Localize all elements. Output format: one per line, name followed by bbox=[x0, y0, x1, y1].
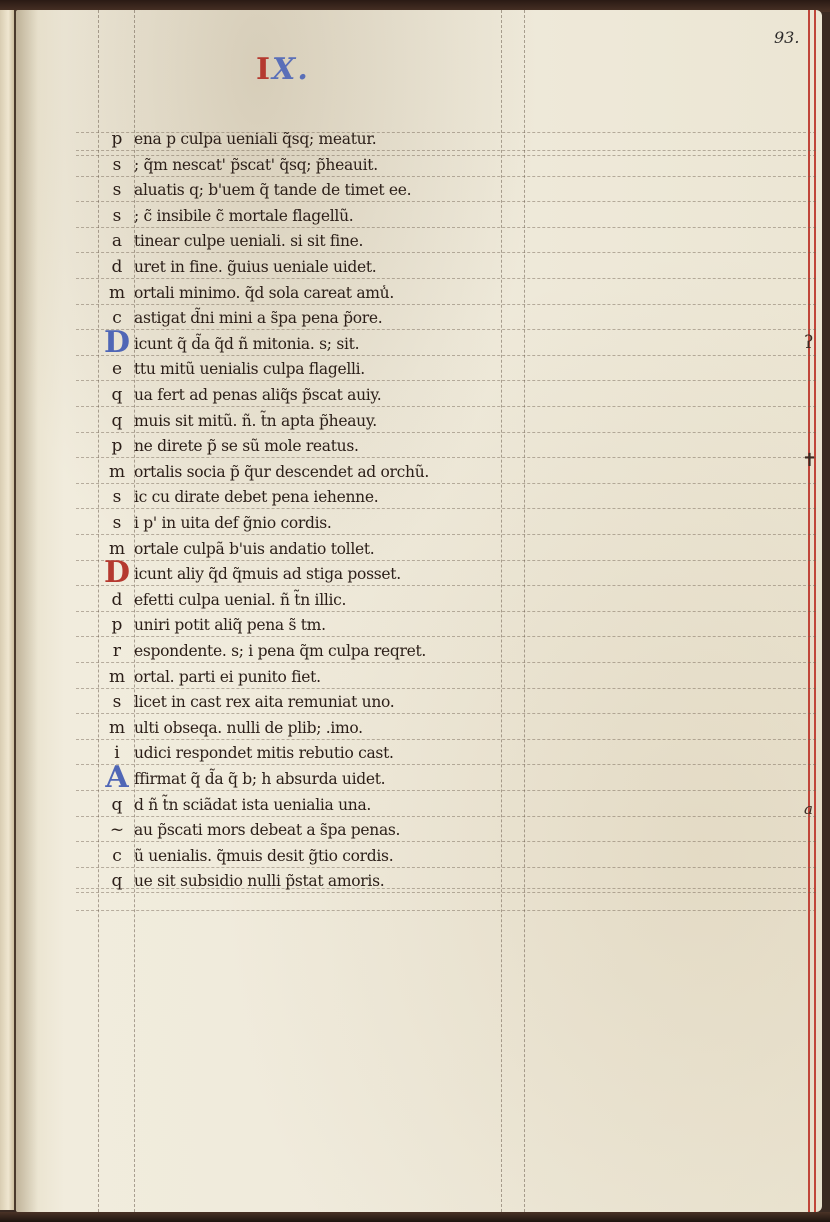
verse-line: mortal. parti ei punito fiet. bbox=[16, 666, 516, 688]
verse-line: s; q̃m nescat' p̃scat' q̃sq; p̃heauit. bbox=[16, 154, 516, 176]
verse-line: ~au p̃scati mors debeat a s̃pa penas. bbox=[16, 819, 516, 841]
line-ruling bbox=[76, 457, 816, 458]
hook-mark-icon: ʔ bbox=[804, 332, 814, 353]
verse-line: mortalis socia p̃ q̃ur descendet ad orch… bbox=[16, 461, 516, 483]
verse-text: ortal. parti ei punito fiet. bbox=[134, 668, 321, 686]
verse-text: uret in fine. g̃uius ueniale uidet. bbox=[134, 258, 376, 276]
verse-text: ; q̃m nescat' p̃scat' q̃sq; p̃heauit. bbox=[134, 156, 378, 174]
guide-letter: p bbox=[100, 129, 134, 149]
verse-text: efetti culpa uenial. ñ t̃n illic. bbox=[134, 591, 346, 609]
line-ruling bbox=[76, 739, 816, 740]
verse-line: Dicunt q̃ d̃a q̃d ñ mitonia. s; sit. bbox=[16, 333, 516, 355]
line-ruling bbox=[76, 892, 816, 893]
verse-text: ne direte p̃ se sũ mole reatus. bbox=[134, 437, 359, 455]
verse-text: ua fert ad penas aliq̃s p̃scat auiy. bbox=[134, 386, 381, 404]
folio-number: 93. bbox=[774, 28, 799, 47]
line-ruling bbox=[76, 713, 816, 714]
chapter-rubric: IX. bbox=[256, 52, 310, 87]
verse-line: qmuis sit mitũ. ñ. t̃n apta p̃heauy. bbox=[16, 410, 516, 432]
verse-line: mortale culpã b'uis andatio tollet. bbox=[16, 538, 516, 560]
line-ruling bbox=[76, 636, 816, 637]
verse-line: atinear culpe ueniali. si sit fine. bbox=[16, 230, 516, 252]
verse-text: d ñ t̃n sciãdat ista uenialia una. bbox=[134, 796, 371, 814]
verse-text: au p̃scati mors debeat a s̃pa penas. bbox=[134, 821, 400, 839]
guide-letter: s bbox=[100, 180, 134, 200]
verse-text: ic cu dirate debet pena iehenne. bbox=[134, 488, 378, 506]
line-ruling bbox=[76, 841, 816, 842]
verse-line: iudici respondet mitis rebutio cast. bbox=[16, 742, 516, 764]
manuscript-page: 93. IX. pena p culpa ueniali q̃sq; meatu… bbox=[16, 10, 822, 1212]
verse-text: uniri potit aliq̃ pena s̃ tm. bbox=[134, 616, 326, 634]
line-ruling bbox=[76, 483, 816, 484]
verse-text: licet in cast rex aita remuniat uno. bbox=[134, 693, 394, 711]
previous-leaf-edge bbox=[0, 10, 16, 1210]
verse-text: muis sit mitũ. ñ. t̃n apta p̃heauy. bbox=[134, 412, 377, 430]
guide-letter: q bbox=[100, 411, 134, 431]
guide-letter: p bbox=[100, 436, 134, 456]
verse-line: duret in fine. g̃uius ueniale uidet. bbox=[16, 256, 516, 278]
verse-text: ulti obseqa. nulli de plib; .imo. bbox=[134, 719, 363, 737]
line-ruling bbox=[76, 560, 816, 561]
verse-line: Dicunt aliy q̃d q̃muis ad stiga posset. bbox=[16, 563, 516, 585]
verse-line: pena p culpa ueniali q̃sq; meatur. bbox=[16, 128, 516, 150]
binding-bottom-edge bbox=[0, 1212, 830, 1222]
line-ruling bbox=[76, 611, 816, 612]
verse-text: udici respondet mitis rebutio cast. bbox=[134, 744, 394, 762]
guide-letter: s bbox=[100, 487, 134, 507]
line-ruling bbox=[76, 534, 816, 535]
line-ruling bbox=[76, 227, 816, 228]
guide-letter: e bbox=[100, 359, 134, 379]
line-ruling bbox=[76, 304, 816, 305]
line-ruling bbox=[76, 816, 816, 817]
guide-letter: c bbox=[100, 846, 134, 866]
line-ruling bbox=[76, 329, 816, 330]
guide-letter: m bbox=[100, 283, 134, 303]
guide-letter: m bbox=[100, 667, 134, 687]
line-ruling bbox=[76, 150, 816, 151]
verse-text: ; c̃ insibile c̃ mortale flagellũ. bbox=[134, 207, 353, 225]
guide-letter: q bbox=[100, 385, 134, 405]
verse-line: multi obseqa. nulli de plib; .imo. bbox=[16, 717, 516, 739]
line-ruling bbox=[76, 867, 816, 868]
verse-line: sic cu dirate debet pena iehenne. bbox=[16, 486, 516, 508]
guide-letter: m bbox=[100, 718, 134, 738]
verse-line: s; c̃ insibile c̃ mortale flagellũ. bbox=[16, 205, 516, 227]
verse-line: qua fert ad penas aliq̃s p̃scat auiy. bbox=[16, 384, 516, 406]
guide-letter: q bbox=[100, 795, 134, 815]
verse-text: aluatis q; b'uem q̃ tande de timet ee. bbox=[134, 181, 411, 199]
verse-text: ena p culpa ueniali q̃sq; meatur. bbox=[134, 130, 376, 148]
verse-text: ue sit subsidio nulli p̃stat amoris. bbox=[134, 872, 384, 890]
verse-text: ffirmat q̃ d̃a q̃ b; h absurda uidet. bbox=[134, 770, 385, 788]
guide-letter: a bbox=[100, 231, 134, 251]
guide-letter: s bbox=[100, 155, 134, 175]
line-ruling bbox=[76, 201, 816, 202]
verse-text: ortalis socia p̃ q̃ur descendet ad orchũ… bbox=[134, 463, 429, 481]
line-ruling bbox=[76, 662, 816, 663]
verse-text: icunt aliy q̃d q̃muis ad stiga posset. bbox=[134, 565, 401, 583]
guide-letter: p bbox=[100, 615, 134, 635]
line-ruling bbox=[76, 764, 816, 765]
verse-line: slicet in cast rex aita remuniat uno. bbox=[16, 691, 516, 713]
cross-mark-icon: ✝ bbox=[802, 450, 817, 471]
rubric-blue-numeral: X. bbox=[272, 52, 310, 87]
line-ruling bbox=[76, 406, 816, 407]
verse-text: ortale culpã b'uis andatio tollet. bbox=[134, 540, 374, 558]
guide-letter: d bbox=[100, 590, 134, 610]
verse-text: ttu mitũ uenialis culpa flagelli. bbox=[134, 360, 365, 378]
verse-line: respondente. s; i pena q̃m culpa reqret. bbox=[16, 640, 516, 662]
verse-text: ũ uenialis. q̃muis desit g̃tio cordis. bbox=[134, 847, 393, 865]
verse-line: si p' in uita def g̃nio cordis. bbox=[16, 512, 516, 534]
verse-line: defetti culpa uenial. ñ t̃n illic. bbox=[16, 589, 516, 611]
verse-text: tinear culpe ueniali. si sit fine. bbox=[134, 232, 363, 250]
line-ruling bbox=[76, 688, 816, 689]
line-ruling bbox=[76, 252, 816, 253]
margin-letter-a: a bbox=[804, 800, 813, 818]
guide-letter: s bbox=[100, 692, 134, 712]
verse-line: que sit subsidio nulli p̃stat amoris. bbox=[16, 870, 516, 892]
verse-line: puniri potit aliq̃ pena s̃ tm. bbox=[16, 614, 516, 636]
guide-letter: q bbox=[100, 871, 134, 891]
line-ruling bbox=[76, 176, 816, 177]
guide-letter: r bbox=[100, 641, 134, 661]
verse-line: castigat d̃ni mini a s̃pa pena p̃ore. bbox=[16, 307, 516, 329]
verse-line: mortali minimo. q̃d sola careat amu̾. bbox=[16, 282, 516, 304]
guide-letter: ~ bbox=[100, 820, 134, 840]
line-ruling bbox=[76, 508, 816, 509]
guide-letter: s bbox=[100, 206, 134, 226]
guide-letter: d bbox=[100, 257, 134, 277]
verse-line: ettu mitũ uenialis culpa flagelli. bbox=[16, 358, 516, 380]
guide-letter: s bbox=[100, 513, 134, 533]
line-ruling bbox=[76, 432, 816, 433]
verse-line: pne direte p̃ se sũ mole reatus. bbox=[16, 435, 516, 457]
line-ruling bbox=[76, 585, 816, 586]
horizontal-ruling-bottom-2 bbox=[76, 910, 816, 911]
verse-line: qd ñ t̃n sciãdat ista uenialia una. bbox=[16, 794, 516, 816]
verse-text: icunt q̃ d̃a q̃d ñ mitonia. s; sit. bbox=[134, 335, 359, 353]
verse-text: astigat d̃ni mini a s̃pa pena p̃ore. bbox=[134, 309, 382, 327]
rubric-red-numeral: I bbox=[256, 52, 272, 87]
verse-line: saluatis q; b'uem q̃ tande de timet ee. bbox=[16, 179, 516, 201]
line-ruling bbox=[76, 355, 816, 356]
verse-text: i p' in uita def g̃nio cordis. bbox=[134, 514, 332, 532]
line-ruling bbox=[76, 790, 816, 791]
line-ruling bbox=[76, 380, 816, 381]
verse-line: Affirmat q̃ d̃a q̃ b; h absurda uidet. bbox=[16, 768, 516, 790]
verse-text: ortali minimo. q̃d sola careat amu̾. bbox=[134, 284, 394, 302]
verse-text: espondente. s; i pena q̃m culpa reqret. bbox=[134, 642, 426, 660]
line-ruling bbox=[76, 278, 816, 279]
verse-line: cũ uenialis. q̃muis desit g̃tio cordis. bbox=[16, 845, 516, 867]
guide-letter: m bbox=[100, 462, 134, 482]
